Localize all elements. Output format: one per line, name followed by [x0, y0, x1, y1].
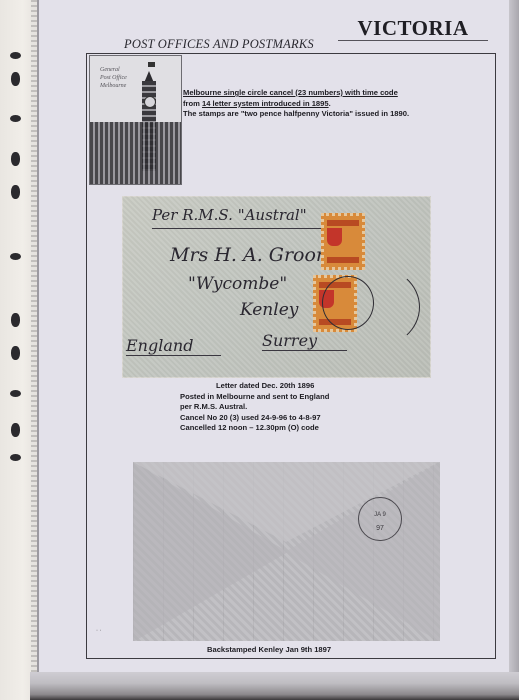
- backstamp-year: 97: [359, 525, 401, 532]
- flag-icon: [148, 62, 155, 67]
- description-line: from 14 letter system introduced in 1895…: [183, 99, 483, 110]
- caption-line: Cancelled 12 noon – 12.30pm (O) code: [180, 423, 329, 434]
- punch-hole: [10, 253, 21, 260]
- punch-hole: [10, 52, 21, 59]
- envelope-back: JA 9 97: [133, 462, 440, 641]
- building-shape: [90, 122, 181, 184]
- description-line: Melbourne single circle cancel (23 numbe…: [183, 88, 483, 99]
- caption-line: Cancel No 20 (3) used 24-9-96 to 4-8-97: [180, 413, 329, 424]
- description-line: The stamps are "two pence halfpenny Vict…: [183, 109, 483, 120]
- punch-hole: [11, 423, 20, 437]
- back-caption: Backstamped Kenley Jan 9th 1897: [207, 645, 331, 654]
- country-title: VICTORIA: [338, 17, 488, 41]
- text-fragment: from: [183, 99, 202, 108]
- post-office-illustration: General Post Office Melbourne: [89, 55, 182, 185]
- punch-hole: [11, 152, 20, 166]
- punch-hole: [11, 72, 20, 86]
- postage-stamp: [321, 213, 365, 270]
- page-speck: · ·: [96, 628, 102, 634]
- section-heading: POST OFFICES AND POSTMARKS: [124, 37, 314, 52]
- backstamp-date: JA 9: [359, 512, 401, 518]
- handwriting-line: Mrs H. A. Groome: [170, 244, 345, 266]
- punch-hole: [10, 390, 21, 397]
- punch-hole: [10, 454, 21, 461]
- sleeve-bottom-edge: [30, 672, 519, 700]
- text-fragment: .: [329, 99, 331, 108]
- text-fragment: 14 letter system introduced in 1895: [202, 99, 329, 108]
- caption-line: Letter dated Dec. 20th 1896: [180, 381, 329, 392]
- caption-line: Posted in Melbourne and sent to England: [180, 392, 329, 403]
- backstamp-postmark: JA 9 97: [358, 497, 402, 541]
- illustration-caption: General Post Office Melbourne: [100, 66, 127, 90]
- handwriting-line: Surrey: [262, 331, 347, 351]
- letter-caption: Letter dated Dec. 20th 1896 Posted in Me…: [180, 381, 329, 434]
- punch-hole: [10, 115, 21, 122]
- stamp-shield-icon: [327, 228, 342, 246]
- caption-line: per R.M.S. Austral.: [180, 402, 329, 413]
- clock-icon: [144, 96, 156, 108]
- handwriting-line: Per R.M.S. "Austral": [152, 206, 332, 229]
- caption-line: General: [100, 66, 127, 74]
- page-edge-shadow: [509, 0, 519, 680]
- stamp-value-bar: [327, 257, 359, 263]
- handwriting-line: "Wycombe": [188, 274, 287, 294]
- punch-hole: [11, 185, 20, 199]
- caption-line: Post Office: [100, 74, 127, 82]
- envelope-front: Per R.M.S. "Austral" Mrs H. A. Groome "W…: [122, 196, 431, 378]
- stamp-label-bar: [327, 220, 359, 226]
- description-text: Melbourne single circle cancel (23 numbe…: [183, 88, 483, 120]
- handwriting-line: Kenley: [240, 300, 298, 320]
- postmark-outer-arc: [328, 266, 420, 348]
- punch-hole: [11, 346, 20, 360]
- punch-hole: [11, 313, 20, 327]
- handwriting-line: England: [126, 336, 221, 356]
- caption-line: Melbourne: [100, 82, 127, 90]
